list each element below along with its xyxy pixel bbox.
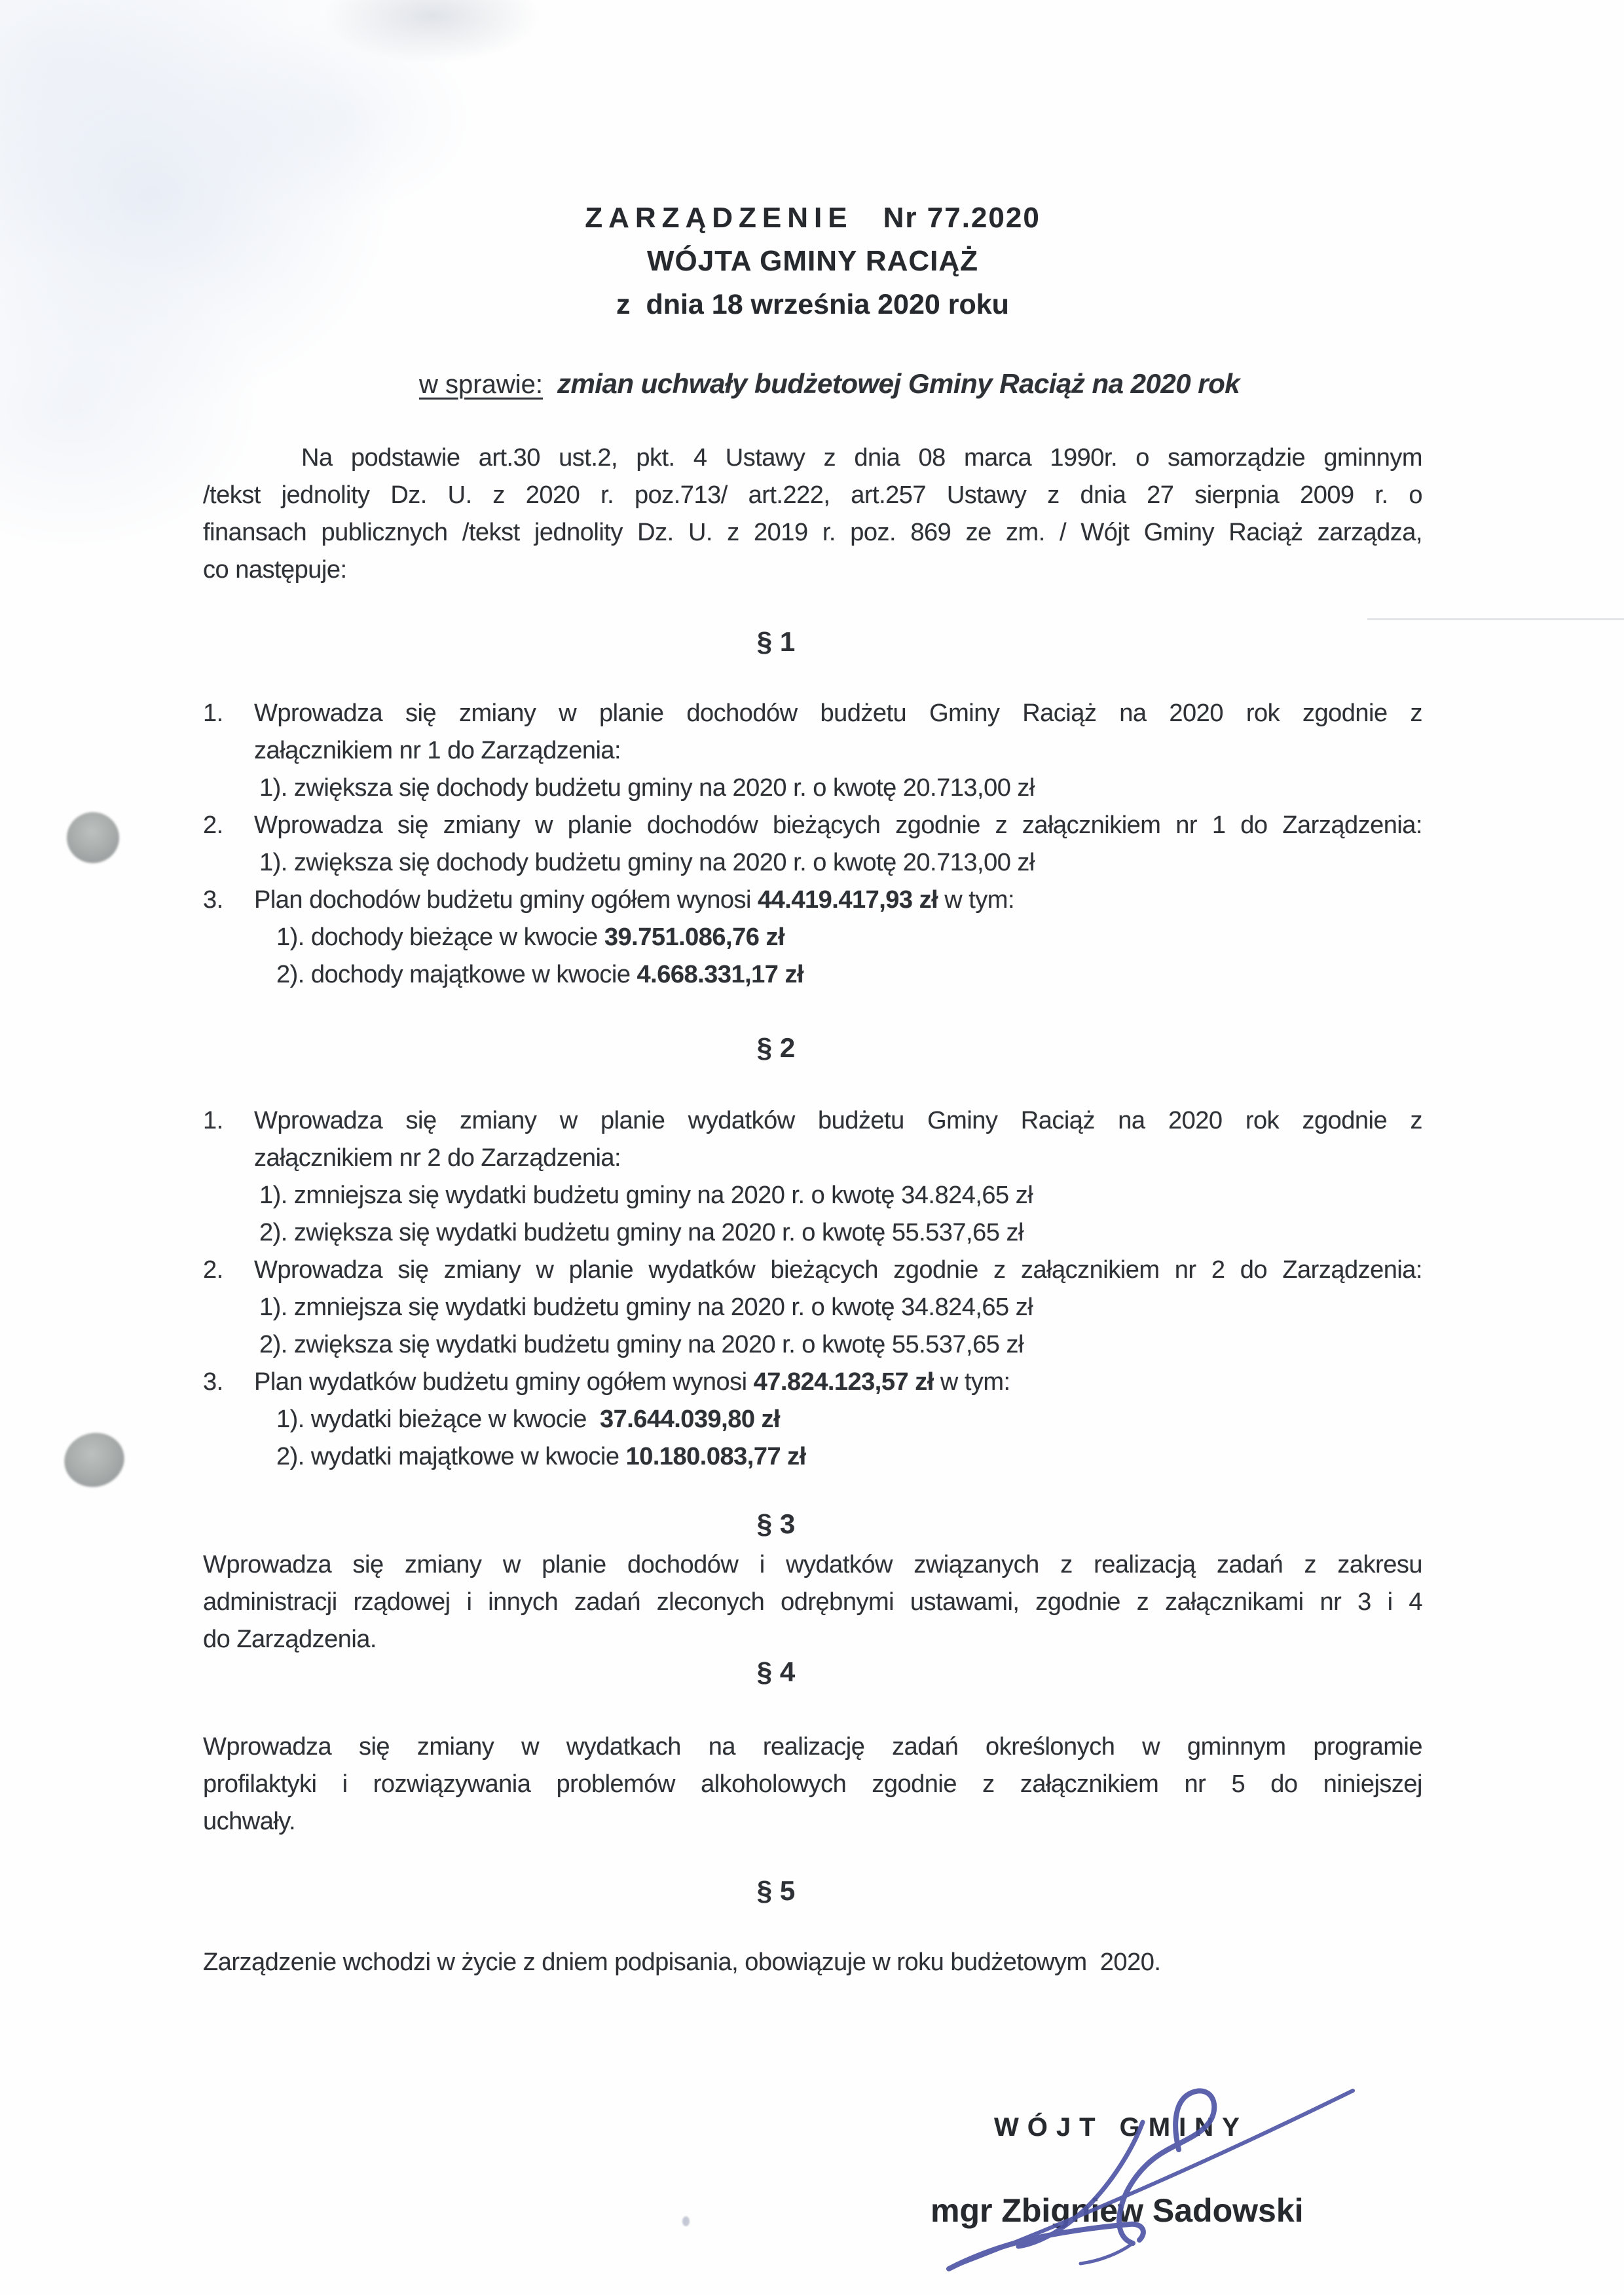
section-5-paragraph: Zarządzenie wchodzi w życie z dniem podp… [203, 1944, 1422, 1981]
sub-item-text: 2). wydatki majątkowe w kwocie [276, 1443, 626, 1470]
sub-item-text: 1). wydatki bieżące w kwocie [276, 1406, 600, 1433]
current-expense-amount: 37.644.039,80 zł [600, 1406, 780, 1433]
sub-item-text: 1). dochody bieżące w kwocie [276, 924, 604, 951]
subject-text: zmian uchwały budżetowej Gminy Raciąż na… [557, 368, 1240, 399]
paragraph-line: co następuje: [203, 551, 1422, 589]
subject-label: w sprawie: [419, 370, 543, 399]
paragraph-line: administracji rządowej i innych zadań zl… [203, 1584, 1422, 1621]
item-line: Wprowadza się zmiany w planie dochodów b… [254, 807, 1422, 844]
list-item: 2. Wprowadza się zmiany w planie dochodó… [203, 807, 1422, 882]
handwritten-signature [904, 2057, 1401, 2292]
sub-item-text: 2). dochody majątkowe w kwocie [276, 961, 637, 988]
scan-line-artifact [1367, 618, 1624, 620]
section-3-paragraph: Wprowadza się zmiany w planie dochodów i… [203, 1546, 1422, 1658]
paragraph-line: uchwały. [203, 1803, 1422, 1840]
punch-hole-artifact-top [67, 812, 119, 863]
list-item: 3. Plan wydatków budżetu gminy ogółem wy… [203, 1364, 1422, 1476]
item-number: 1. [203, 695, 254, 807]
item-line: Wprowadza się zmiany w planie wydatków b… [254, 1102, 1422, 1140]
list-item: 1. Wprowadza się zmiany w planie dochodó… [203, 695, 1422, 807]
list-item: 2. Wprowadza się zmiany w planie wydatkó… [203, 1252, 1422, 1364]
issuing-authority: WÓJTA GMINY RACIĄŻ [203, 240, 1422, 283]
section-1-heading: § 1 [203, 622, 1422, 662]
sub-item: 2). zwiększa się wydatki budżetu gminy n… [254, 1326, 1422, 1364]
scan-speck-artifact [682, 2216, 690, 2226]
sub-item: 1). wydatki bieżące w kwocie 37.644.039,… [254, 1401, 1422, 1438]
list-item: 1. Wprowadza się zmiany w planie wydatkó… [203, 1102, 1422, 1252]
list-item: 3. Plan dochodów budżetu gminy ogółem wy… [203, 882, 1422, 994]
section-4-heading: § 4 [203, 1652, 1422, 1692]
paragraph-line: Na podstawie art.30 ust.2, pkt. 4 Ustawy… [203, 439, 1422, 477]
ordinance-number: Nr 77.2020 [883, 202, 1041, 234]
sub-item: 1). dochody bieżące w kwocie 39.751.086,… [254, 919, 1422, 956]
sub-item: 2). wydatki majątkowe w kwocie 10.180.08… [254, 1438, 1422, 1476]
total-expense-amount: 47.824.123,57 zł [754, 1368, 934, 1396]
item-line: załącznikiem nr 1 do Zarządzenia: [254, 732, 1422, 770]
paragraph-line: profilaktyki i rozwiązywania problemów a… [203, 1766, 1422, 1803]
ordinance-title: ZARZĄDZENIENr 77.2020 [203, 196, 1422, 240]
item-line: Plan dochodów budżetu gminy ogółem wynos… [254, 882, 1422, 919]
paragraph-line: /tekst jednolity Dz. U. z 2020 r. poz.71… [203, 477, 1422, 514]
sub-item: 2). dochody majątkowe w kwocie 4.668.331… [254, 956, 1422, 994]
item-text: Plan wydatków budżetu gminy ogółem wynos… [254, 1368, 754, 1396]
item-line: Wprowadza się zmiany w planie dochodów b… [254, 695, 1422, 732]
item-number: 1. [203, 1102, 254, 1252]
section-2-heading: § 2 [203, 1028, 1422, 1068]
paragraph-line: finansach publicznych /tekst jednolity D… [203, 514, 1422, 551]
legal-basis-paragraph: Na podstawie art.30 ust.2, pkt. 4 Ustawy… [203, 439, 1422, 589]
section-2-list: 1. Wprowadza się zmiany w planie wydatkó… [203, 1102, 1422, 1476]
section-3-heading: § 3 [203, 1504, 1422, 1544]
scanned-document-page: ZARZĄDZENIENr 77.2020 WÓJTA GMINY RACIĄŻ… [0, 0, 1624, 2295]
item-line: załącznikiem nr 2 do Zarządzenia: [254, 1140, 1422, 1177]
capital-expense-amount: 10.180.083,77 zł [626, 1443, 806, 1470]
document-header: ZARZĄDZENIENr 77.2020 WÓJTA GMINY RACIĄŻ… [203, 196, 1422, 326]
paragraph-line: Wprowadza się zmiany w planie dochodów i… [203, 1546, 1422, 1584]
sub-item: 1). zmniejsza się wydatki budżetu gminy … [254, 1289, 1422, 1326]
current-income-amount: 39.751.086,76 zł [604, 924, 784, 951]
item-number: 2. [203, 807, 254, 882]
item-number: 2. [203, 1252, 254, 1364]
subject-line: w sprawie:zmian uchwały budżetowej Gminy… [419, 364, 1240, 404]
sub-item: 1). zwiększa się dochody budżetu gminy n… [254, 770, 1422, 807]
sub-item: 2). zwiększa się wydatki budżetu gminy n… [254, 1214, 1422, 1252]
paragraph-line: Zarządzenie wchodzi w życie z dniem podp… [203, 1944, 1422, 1981]
total-income-amount: 44.419.417,93 zł [758, 886, 938, 914]
item-line: Plan wydatków budżetu gminy ogółem wynos… [254, 1364, 1422, 1401]
issue-date: z dnia 18 września 2020 roku [203, 283, 1422, 326]
item-text: w tym: [934, 1368, 1010, 1396]
item-number: 3. [203, 882, 254, 994]
sub-item: 1). zmniejsza się wydatki budżetu gminy … [254, 1177, 1422, 1214]
section-4-paragraph: Wprowadza się zmiany w wydatkach na real… [203, 1728, 1422, 1840]
paragraph-line: Wprowadza się zmiany w wydatkach na real… [203, 1728, 1422, 1766]
section-1-list: 1. Wprowadza się zmiany w planie dochodó… [203, 695, 1422, 994]
item-line: Wprowadza się zmiany w planie wydatków b… [254, 1252, 1422, 1289]
sub-item: 1). zwiększa się dochody budżetu gminy n… [254, 844, 1422, 882]
ordinance-title-word: ZARZĄDZENIE [585, 202, 853, 234]
item-number: 3. [203, 1364, 254, 1476]
item-text: w tym: [938, 886, 1014, 914]
item-text: Plan dochodów budżetu gminy ogółem wynos… [254, 886, 758, 914]
section-5-heading: § 5 [203, 1871, 1422, 1911]
capital-income-amount: 4.668.331,17 zł [637, 961, 804, 988]
